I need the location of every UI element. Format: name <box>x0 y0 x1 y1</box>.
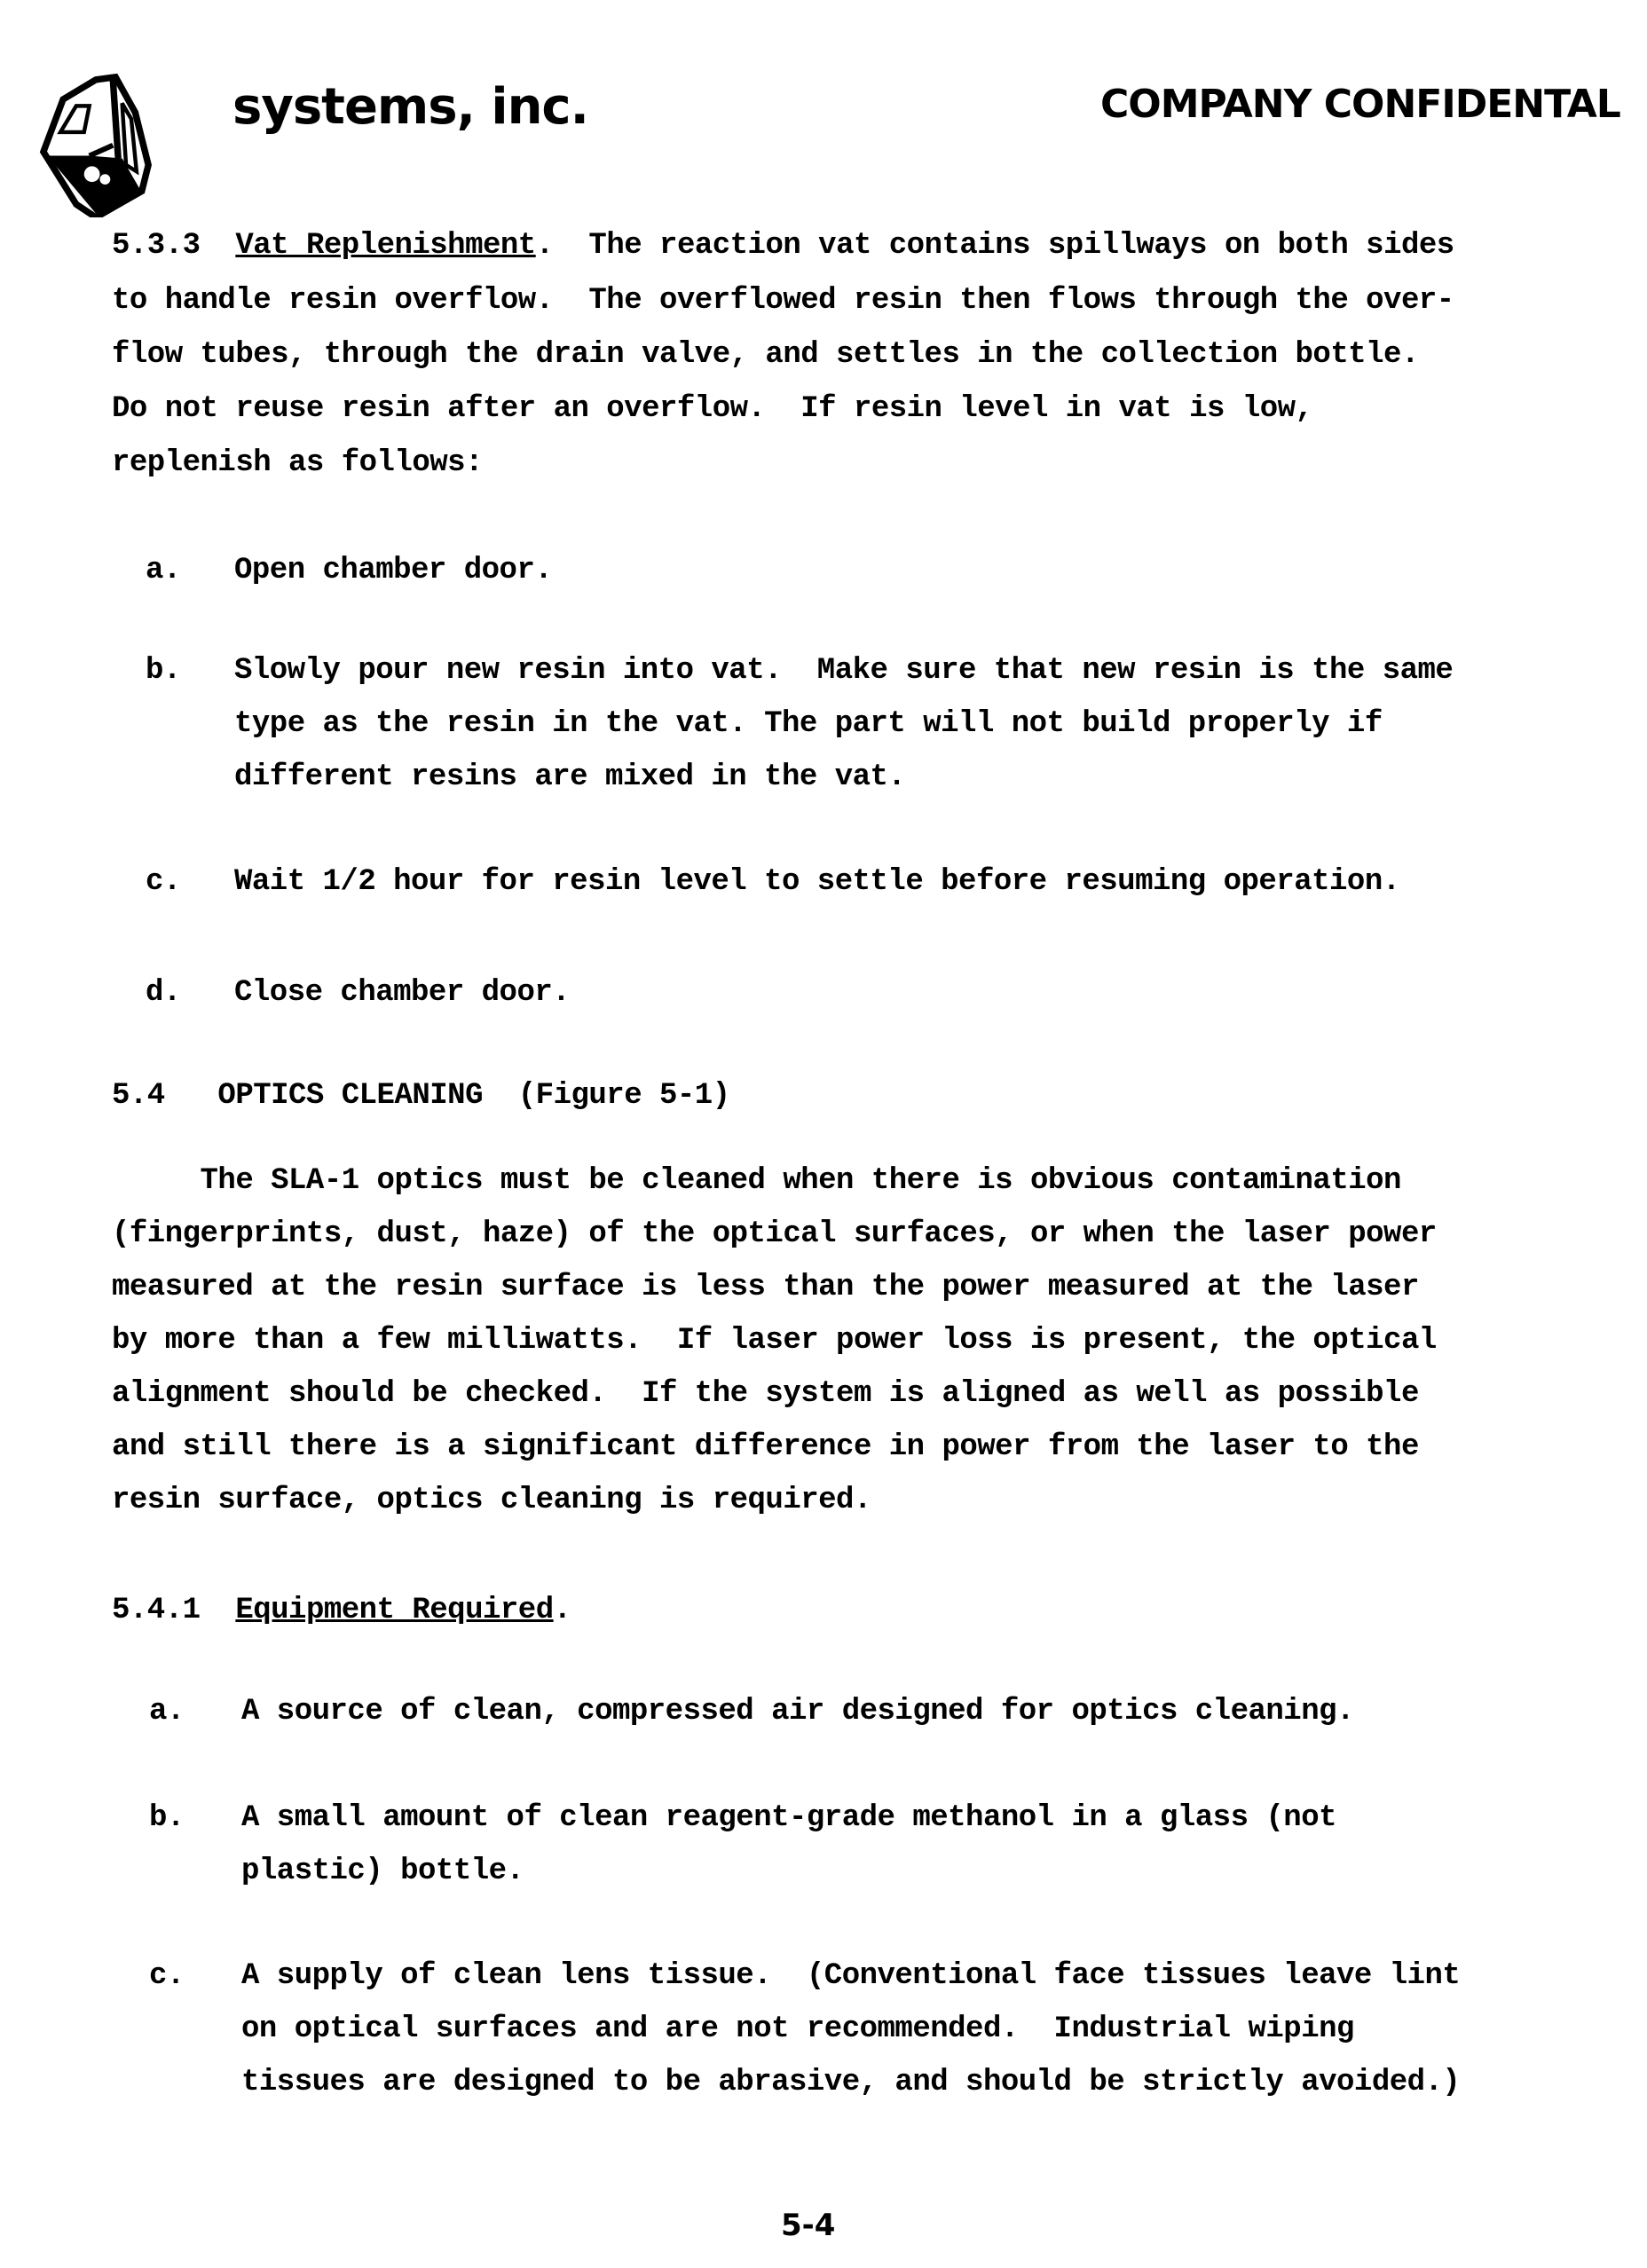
section-heading: 5.4 OPTICS CLEANING (Figure 5-1) <box>112 1079 730 1113</box>
paragraph-line: The SLA-1 optics must be cleaned when th… <box>112 1164 1401 1198</box>
list-marker: c. <box>149 1959 185 1993</box>
section-title: Equipment Required <box>235 1594 553 1627</box>
list-marker: a. <box>146 554 181 587</box>
paragraph-line: flow tubes, through the drain valve, and… <box>112 338 1419 372</box>
list-item: tissues are designed to be abrasive, and… <box>241 2066 1460 2099</box>
list-item: Wait 1/2 hour for resin level to settle … <box>234 865 1400 899</box>
page-number: 5-4 <box>781 2208 835 2243</box>
3d-systems-cube-logo-icon <box>35 67 222 217</box>
list-marker: b. <box>149 1801 185 1835</box>
paragraph-line: replenish as follows: <box>112 446 483 480</box>
list-item: A supply of clean lens tissue. (Conventi… <box>241 1959 1460 1993</box>
list-item: on optical surfaces and are not recommen… <box>241 2012 1354 2046</box>
paragraph-line: and still there is a significant differe… <box>112 1430 1419 1464</box>
list-item: Slowly pour new resin into vat. Make sur… <box>234 654 1453 688</box>
confidential-label: COMPANY CONFIDENTAL <box>1100 82 1620 127</box>
paragraph-line: by more than a few milliwatts. If laser … <box>112 1324 1437 1358</box>
list-marker: a. <box>149 1695 185 1729</box>
list-item: A small amount of clean reagent-grade me… <box>241 1801 1336 1835</box>
list-item: different resins are mixed in the vat. <box>234 760 905 794</box>
company-name: systems, inc. <box>232 78 588 136</box>
list-item: type as the resin in the vat. The part w… <box>234 707 1383 741</box>
list-marker: b. <box>146 654 181 688</box>
paragraph-line: resin surface, optics cleaning is requir… <box>112 1484 871 1517</box>
list-item: plastic) bottle. <box>241 1855 524 1888</box>
list-marker: c. <box>146 865 181 899</box>
subsection-heading: 5.4.1 Equipment Required. <box>112 1594 571 1627</box>
list-marker: d. <box>146 976 181 1010</box>
paragraph-line: Do not reuse resin after an overflow. If… <box>112 392 1312 426</box>
paragraph-line: (fingerprints, dust, haze) of the optica… <box>112 1217 1437 1251</box>
section-title: Vat Replenishment <box>235 229 535 263</box>
list-item: A source of clean, compressed air design… <box>241 1695 1354 1729</box>
list-item: Open chamber door. <box>234 554 552 587</box>
section-533-first-line: 5.3.3 Vat Replenishment. The reaction va… <box>112 229 1454 263</box>
paragraph-line: alignment should be checked. If the syst… <box>112 1377 1419 1411</box>
list-item: Close chamber door. <box>234 976 570 1010</box>
paragraph-line: The reaction vat contains spillways on b… <box>588 229 1454 263</box>
paragraph-line: to handle resin overflow. The overflowed… <box>112 284 1454 318</box>
paragraph-line: measured at the resin surface is less th… <box>112 1271 1419 1304</box>
section-number: 5.4.1 <box>112 1594 201 1627</box>
section-number: 5.3.3 <box>112 229 201 263</box>
